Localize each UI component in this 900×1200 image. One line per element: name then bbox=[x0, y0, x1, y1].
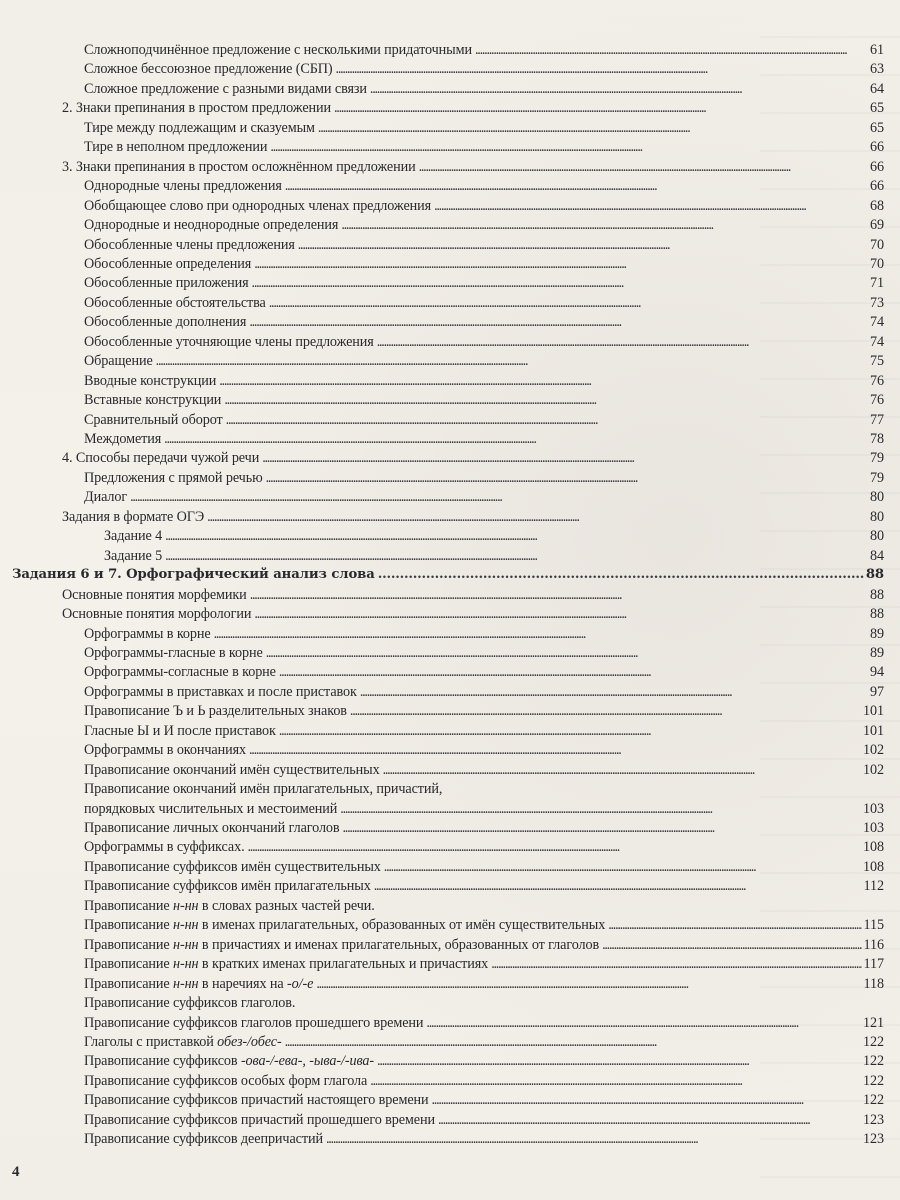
book-page: Сложноподчинённое предложение с нескольк… bbox=[0, 0, 900, 1200]
toc-entry-title: Правописание Ъ и Ь разделительных знаков bbox=[84, 701, 347, 721]
toc-entry-title: Правописание суффиксов -ова-/-ева-, -ыва… bbox=[84, 1051, 374, 1071]
toc-entry-title: Обособленные определения bbox=[84, 254, 251, 274]
toc-entry-title: Вводные конструкции bbox=[84, 371, 216, 391]
toc-entry[interactable]: Правописание суффиксов причастий прошедш… bbox=[84, 1110, 884, 1130]
toc-entry-title: Междометия bbox=[84, 429, 161, 449]
dot-leader bbox=[279, 721, 861, 741]
dot-leader bbox=[334, 98, 866, 118]
toc-entry[interactable]: Орфограммы в суффиксах.108 bbox=[84, 837, 884, 857]
dot-leader bbox=[316, 974, 861, 994]
toc-entry[interactable]: Сравнительный оборот77 bbox=[84, 410, 884, 430]
toc-entry[interactable]: Правописание суффиксов причастий настоящ… bbox=[84, 1090, 884, 1110]
toc-page-number: 122 bbox=[863, 1090, 884, 1110]
toc-entry[interactable]: Основные понятия морфемики88 bbox=[62, 585, 884, 605]
toc-page-number: 73 bbox=[868, 293, 884, 313]
toc-entry[interactable]: Правописание н-нн в причастиях и именах … bbox=[84, 935, 884, 955]
toc-entry[interactable]: Вводные конструкции76 bbox=[84, 371, 884, 391]
dot-leader bbox=[130, 487, 866, 507]
dot-leader bbox=[608, 915, 861, 935]
dot-leader bbox=[156, 351, 866, 371]
toc-entry-title: порядковых числительных и местоимений bbox=[84, 799, 337, 819]
dot-leader bbox=[252, 273, 866, 293]
toc-entry-title: Глаголы с приставкой обез-/обес- bbox=[84, 1032, 282, 1052]
toc-entry[interactable]: Орфограммы в приставках и после приставо… bbox=[84, 682, 884, 702]
dot-leader bbox=[434, 196, 866, 216]
toc-entry[interactable]: Правописание суффиксов имён прилагательн… bbox=[84, 876, 884, 896]
dot-leader bbox=[285, 176, 866, 196]
toc-entry[interactable]: Диалог80 bbox=[84, 487, 884, 507]
dot-leader bbox=[214, 624, 866, 644]
toc-page-number: 65 bbox=[868, 98, 884, 118]
toc-page-number: 74 bbox=[868, 312, 884, 332]
dot-leader bbox=[207, 507, 866, 527]
toc-entry-title: Правописание суффиксов имён существитель… bbox=[84, 857, 381, 877]
toc-entry[interactable]: Сложное предложение с разными видами свя… bbox=[84, 79, 884, 99]
toc-entry[interactable]: 2. Знаки препинания в простом предложени… bbox=[62, 98, 884, 118]
dot-leader bbox=[165, 546, 866, 566]
toc-entry-title: Правописание суффиксов деепричастий bbox=[84, 1129, 323, 1149]
dot-leader bbox=[285, 1032, 861, 1052]
toc-page-number: 108 bbox=[863, 837, 884, 857]
toc-entry-title: Задания в формате ОГЭ bbox=[62, 507, 204, 527]
toc-page-number: 61 bbox=[868, 40, 884, 60]
toc-entry-title: Сравнительный оборот bbox=[84, 410, 223, 430]
toc-entry[interactable]: Обобщающее слово при однородных членах п… bbox=[84, 196, 884, 216]
toc-entry[interactable]: Обособленные дополнения74 bbox=[84, 312, 884, 332]
toc-entry-title: Тире в неполном предложении bbox=[84, 137, 267, 157]
toc-entry[interactable]: Орфограммы в корне89 bbox=[84, 624, 884, 644]
toc-entry[interactable]: Правописание н-нн в именах прилагательны… bbox=[84, 915, 884, 935]
toc-page-number: 118 bbox=[864, 974, 884, 994]
toc-page-number: 115 bbox=[864, 915, 884, 935]
dot-leader bbox=[426, 1013, 861, 1033]
toc-entry[interactable]: Сложное бессоюзное предложение (СБП)63 bbox=[84, 59, 884, 79]
toc-page-number: 123 bbox=[863, 1110, 884, 1130]
toc-entry[interactable]: Орфограммы-согласные в корне94 bbox=[84, 662, 884, 682]
toc-entry-title: Правописание н-нн в словах разных частей… bbox=[84, 896, 375, 916]
toc-entry[interactable]: Правописание суффиксов имён существитель… bbox=[84, 857, 884, 877]
toc-entry[interactable]: Гласные Ы и И после приставок101 bbox=[84, 721, 884, 741]
toc-entry-title: Сложноподчинённое предложение с нескольк… bbox=[84, 40, 472, 60]
toc-page-number: 76 bbox=[868, 390, 884, 410]
toc-entry[interactable]: Правописание Ъ и Ь разделительных знаков… bbox=[84, 701, 884, 721]
dot-leader bbox=[438, 1110, 861, 1130]
toc-entry-title: Правописание н-нн в причастиях и именах … bbox=[84, 935, 599, 955]
toc-entry-title: Задание 4 bbox=[104, 526, 162, 546]
dot-leader bbox=[377, 1051, 861, 1071]
toc-entry-title: Правописание н-нн в наречиях на -о/-е bbox=[84, 974, 313, 994]
dot-leader bbox=[419, 157, 866, 177]
toc-entry[interactable]: Тире между подлежащим и сказуемым65 bbox=[84, 118, 884, 138]
toc-page-number: 66 bbox=[868, 176, 884, 196]
dot-leader bbox=[298, 235, 866, 255]
dot-leader bbox=[374, 876, 862, 896]
toc-page-number: 122 bbox=[863, 1071, 884, 1091]
toc-entry[interactable]: 4. Способы передачи чужой речи79 bbox=[62, 448, 884, 468]
toc-entry[interactable]: Вставные конструкции76 bbox=[84, 390, 884, 410]
toc-entry[interactable]: Задание 480 bbox=[104, 526, 884, 546]
toc-entry-title: Правописание суффиксов имён прилагательн… bbox=[84, 876, 371, 896]
toc-entry-title: Правописание личных окончаний глаголов bbox=[84, 818, 340, 838]
dot-leader bbox=[254, 604, 866, 624]
toc-entry-title: Сложное бессоюзное предложение (СБП) bbox=[84, 59, 333, 79]
toc-entry[interactable]: Однородные и неоднородные определения69 bbox=[84, 215, 884, 235]
toc-entry-title: Правописание суффиксов причастий прошедш… bbox=[84, 1110, 435, 1130]
dot-leader bbox=[270, 137, 866, 157]
toc-page-number: 78 bbox=[868, 429, 884, 449]
dot-leader bbox=[602, 935, 861, 955]
toc-entry-title: Обособленные уточняющие члены предложени… bbox=[84, 332, 374, 352]
toc-entry-title: Правописание окончаний имён прилагательн… bbox=[84, 779, 442, 799]
toc-entry-title: Обособленные члены предложения bbox=[84, 235, 295, 255]
toc-page-number: 71 bbox=[868, 273, 884, 293]
toc-page-number: 103 bbox=[863, 799, 884, 819]
toc-entry[interactable]: Правописание суффиксов глаголов. bbox=[84, 993, 884, 1013]
dot-leader bbox=[248, 837, 862, 857]
toc-entry-title: Правописание н-нн в именах прилагательны… bbox=[84, 915, 605, 935]
toc-entry-title: Однородные и неоднородные определения bbox=[84, 215, 338, 235]
toc-entry-title: Орфограммы-согласные в корне bbox=[84, 662, 276, 682]
toc-entry[interactable]: Глаголы с приставкой обез-/обес-122 bbox=[84, 1032, 884, 1052]
toc-entry[interactable]: Обращение75 bbox=[84, 351, 884, 371]
dot-leader bbox=[326, 1129, 861, 1149]
toc-page-number: 97 bbox=[868, 682, 884, 702]
toc-page-number: 117 bbox=[864, 954, 884, 974]
dot-leader bbox=[475, 40, 866, 60]
toc-page-number: 79 bbox=[868, 468, 884, 488]
toc-entry[interactable]: Орфограммы в окончаниях102 bbox=[84, 740, 884, 760]
toc-entry[interactable]: Правописание суффиксов деепричастий123 bbox=[84, 1129, 884, 1149]
toc-page-number: 112 bbox=[864, 876, 884, 896]
toc-entry-title: Задание 5 bbox=[104, 546, 162, 566]
dot-leader bbox=[432, 1090, 862, 1110]
toc-entry-title: Диалог bbox=[84, 487, 127, 507]
toc-page-number: 66 bbox=[868, 157, 884, 177]
dot-leader bbox=[266, 468, 866, 488]
dot-leader bbox=[370, 79, 866, 99]
toc-page-number: 94 bbox=[868, 662, 884, 682]
toc-page-number: 75 bbox=[868, 351, 884, 371]
dot-leader bbox=[341, 215, 866, 235]
toc-entry[interactable]: Правописание н-нн в словах разных частей… bbox=[84, 896, 884, 916]
dot-leader bbox=[219, 371, 866, 391]
dot-leader bbox=[378, 565, 864, 585]
toc-entry-title: Правописание суффиксов причастий настоящ… bbox=[84, 1090, 429, 1110]
toc-page-number: 79 bbox=[868, 448, 884, 468]
toc-page-number: 84 bbox=[868, 546, 884, 566]
toc-entry[interactable]: порядковых числительных и местоимений103 bbox=[84, 799, 884, 819]
toc-page-number: 122 bbox=[863, 1032, 884, 1052]
toc-entry[interactable]: Однородные члены предложения66 bbox=[84, 176, 884, 196]
toc-page-number: 65 bbox=[868, 118, 884, 138]
toc-entry-title: Обобщающее слово при однородных членах п… bbox=[84, 196, 431, 216]
toc-entry[interactable]: Правописание окончаний имён существитель… bbox=[84, 760, 884, 780]
toc-entry[interactable]: Обособленные определения70 bbox=[84, 254, 884, 274]
toc-page-number: 74 bbox=[868, 332, 884, 352]
toc-page-number: 80 bbox=[868, 507, 884, 527]
toc-entry[interactable]: Сложноподчинённое предложение с нескольк… bbox=[84, 40, 884, 60]
toc-page-number: 70 bbox=[868, 254, 884, 274]
toc-page-number: 102 bbox=[863, 760, 884, 780]
toc-entry-title: Сложное предложение с разными видами свя… bbox=[84, 79, 367, 99]
toc-entry-title: Правописание н-нн в кратких именах прила… bbox=[84, 954, 488, 974]
toc-page-number: 89 bbox=[868, 624, 884, 644]
toc-entry-title: Правописание суффиксов глаголов. bbox=[84, 993, 295, 1013]
dot-leader bbox=[318, 118, 866, 138]
toc-page-number: 122 bbox=[863, 1051, 884, 1071]
toc-entry-title: 2. Знаки препинания в простом предложени… bbox=[62, 98, 331, 118]
toc-entry-title: Орфограммы в приставках и после приставо… bbox=[84, 682, 357, 702]
toc-entry[interactable]: Правописание суффиксов глаголов прошедше… bbox=[84, 1013, 884, 1033]
toc-entry-title: Орфограммы в корне bbox=[84, 624, 211, 644]
toc-page-number: 77 bbox=[868, 410, 884, 430]
toc-entry-title: Предложения с прямой речью bbox=[84, 468, 263, 488]
toc-entry[interactable]: Задания в формате ОГЭ80 bbox=[62, 507, 884, 527]
toc-page-number: 103 bbox=[863, 818, 884, 838]
toc-page-number: 108 bbox=[863, 857, 884, 877]
toc-entry-title: 3. Знаки препинания в простом осложнённо… bbox=[62, 157, 416, 177]
dot-leader bbox=[250, 585, 866, 605]
toc-entry[interactable]: Обособленные приложения71 bbox=[84, 273, 884, 293]
dot-leader bbox=[226, 410, 866, 430]
dot-leader bbox=[350, 701, 861, 721]
dot-leader bbox=[266, 643, 866, 663]
toc-page-number: 66 bbox=[868, 137, 884, 157]
dot-leader bbox=[249, 312, 866, 332]
toc-page-number: 80 bbox=[868, 487, 884, 507]
dot-leader bbox=[336, 59, 866, 79]
toc-entry[interactable]: Задание 584 bbox=[104, 546, 884, 566]
toc-entry[interactable]: Орфограммы-гласные в корне89 bbox=[84, 643, 884, 663]
toc-entry-title: Тире между подлежащим и сказуемым bbox=[84, 118, 315, 138]
dot-leader bbox=[384, 857, 861, 877]
dot-leader bbox=[491, 954, 861, 974]
toc-entry-title: Основные понятия морфологии bbox=[62, 604, 251, 624]
toc-entry[interactable]: Обособленные обстоятельства73 bbox=[84, 293, 884, 313]
toc-entry-title: Правописание суффиксов особых форм глаго… bbox=[84, 1071, 367, 1091]
toc-page-number: 64 bbox=[868, 79, 884, 99]
toc-entry-title: 4. Способы передачи чужой речи bbox=[62, 448, 259, 468]
toc-page-number: 76 bbox=[868, 371, 884, 391]
toc-entry-title: Правописание суффиксов глаголов прошедше… bbox=[84, 1013, 423, 1033]
toc-page-number: 80 bbox=[868, 526, 884, 546]
toc-entry[interactable]: Правописание суффиксов -ова-/-ева-, -ыва… bbox=[84, 1051, 884, 1071]
toc-page-number: 121 bbox=[863, 1013, 884, 1033]
toc-page-number: 63 bbox=[868, 59, 884, 79]
toc-entry[interactable]: Правописание суффиксов особых форм глаго… bbox=[84, 1071, 884, 1091]
dot-leader bbox=[279, 662, 866, 682]
dot-leader bbox=[360, 682, 866, 702]
toc-entry-title: Задания 6 и 7. Орфографический анализ сл… bbox=[12, 565, 375, 585]
toc-entry[interactable]: Предложения с прямой речью79 bbox=[84, 468, 884, 488]
dot-leader bbox=[377, 332, 866, 352]
toc-entry[interactable]: Междометия78 bbox=[84, 429, 884, 449]
toc-page-number: 116 bbox=[864, 935, 884, 955]
toc-entry[interactable]: 3. Знаки препинания в простом осложнённо… bbox=[62, 157, 884, 177]
toc-page-number: 69 bbox=[868, 215, 884, 235]
toc-entry-title: Однородные члены предложения bbox=[84, 176, 282, 196]
toc-entry[interactable]: Тире в неполном предложении66 bbox=[84, 137, 884, 157]
page-folio: 4 bbox=[12, 1164, 20, 1181]
dot-leader bbox=[249, 740, 861, 760]
dot-leader bbox=[262, 448, 866, 468]
dot-leader bbox=[165, 526, 866, 546]
dot-leader bbox=[254, 254, 866, 274]
dot-leader bbox=[269, 293, 866, 313]
toc-entry-title: Орфограммы в окончаниях bbox=[84, 740, 246, 760]
toc-entry-title: Орфограммы в суффиксах. bbox=[84, 837, 245, 857]
dot-leader bbox=[383, 760, 861, 780]
toc-page-number: 101 bbox=[863, 701, 884, 721]
toc-entry-title: Обособленные приложения bbox=[84, 273, 249, 293]
toc-entry[interactable]: Обособленные уточняющие члены предложени… bbox=[84, 332, 884, 352]
toc-entry-title: Обособленные дополнения bbox=[84, 312, 246, 332]
toc-entry[interactable]: Задания 6 и 7. Орфографический анализ сл… bbox=[12, 565, 884, 585]
toc-entry[interactable]: Основные понятия морфологии88 bbox=[62, 604, 884, 624]
toc-entry[interactable]: Правописание н-нн в кратких именах прила… bbox=[84, 954, 884, 974]
toc-entry[interactable]: Правописание н-нн в наречиях на -о/-е118 bbox=[84, 974, 884, 994]
toc-page-number: 68 bbox=[868, 196, 884, 216]
toc-entry-title: Вставные конструкции bbox=[84, 390, 221, 410]
toc-entry[interactable]: Правописание окончаний имён прилагательн… bbox=[84, 779, 884, 799]
toc-page-number: 70 bbox=[868, 235, 884, 255]
dot-leader bbox=[340, 799, 861, 819]
toc-page-number: 88 bbox=[868, 604, 884, 624]
toc-entry-title: Основные понятия морфемики bbox=[62, 585, 247, 605]
toc-entry[interactable]: Обособленные члены предложения70 bbox=[84, 235, 884, 255]
toc-entry[interactable]: Правописание личных окончаний глаголов10… bbox=[84, 818, 884, 838]
toc-page-number: 88 bbox=[866, 565, 884, 585]
toc-entry-title: Правописание окончаний имён существитель… bbox=[84, 760, 380, 780]
dot-leader bbox=[370, 1071, 861, 1091]
dot-leader bbox=[343, 818, 862, 838]
toc-page-number: 88 bbox=[868, 585, 884, 605]
toc-entry-title: Гласные Ы и И после приставок bbox=[84, 721, 276, 741]
toc-entry-title: Орфограммы-гласные в корне bbox=[84, 643, 263, 663]
toc-page-number: 101 bbox=[863, 721, 884, 741]
toc-entry-title: Обособленные обстоятельства bbox=[84, 293, 266, 313]
toc-page-number: 89 bbox=[868, 643, 884, 663]
toc-page-number: 102 bbox=[863, 740, 884, 760]
dot-leader bbox=[164, 429, 866, 449]
toc-page-number: 123 bbox=[863, 1129, 884, 1149]
toc-entry-title: Обращение bbox=[84, 351, 153, 371]
dot-leader bbox=[224, 390, 866, 410]
